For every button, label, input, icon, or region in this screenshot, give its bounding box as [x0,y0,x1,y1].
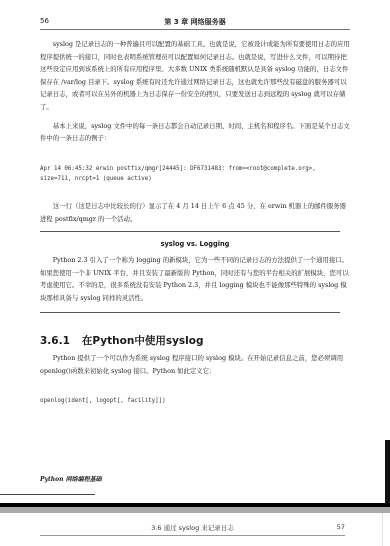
sidebar-top-rule [40,231,340,232]
sidebar-bottom-rule [40,312,340,313]
section-running-title: 3.6 通过 syslog 来记录日志 [40,523,345,532]
sidebar-text: Python 2.3 引入了一个称为 logging 的新模块，它为一些不同的记… [40,254,350,304]
header-rule-57 [40,535,345,536]
log-explanation: 这一行（这是日志中比较长的行）显示了在 4 月 14 日上午 6 点 45 分，… [40,200,350,225]
section-heading: 3.6.1在Python中使用syslog [40,333,204,348]
section-number: 3.6.1 [40,335,70,347]
section-title: 在Python中使用syslog [82,335,204,347]
chapter-title: 第 3 章 网络服务器 [40,17,350,27]
header-rule [40,29,350,30]
paragraph-2: 基本上来说，syslog 文件中的每一条日志都会自动记录日期、时间、主机名和程序… [40,120,350,145]
paragraph-4: Python 提供了一个可以作为系统 syslog 程序接口的 syslog 模… [40,352,350,377]
log-line-1: Apr 14 06:45:32 erwin postfix/qmgr[24445… [40,164,360,174]
footer-rule [0,494,95,495]
sidebar-title: syslog vs. Logging [40,240,350,248]
log-line-2: size=711, nrcpt=1 (queue active) [40,174,360,184]
book-title-footer: Python 网络编程基础 [40,474,102,483]
paragraph-1: syslog 是记录日志的一种普遍且可以配置的基础工具。也就是说，它被设计成能为… [40,38,350,114]
openlog-signature: openlog(ident[, logopt[, facility]]) [40,396,360,406]
paragraph-3: 这一行（这是日志中比较长的行）显示了在 4 月 14 日上午 6 点 45 分，… [40,200,350,225]
page-57: 3.6 通过 syslog 来记录日志 57 [0,513,390,546]
scroll-edge [382,513,383,546]
page-number-57: 57 [337,523,345,531]
page-56: 56 第 3 章 网络服务器 syslog 是记录日志的一种普遍且可以配置的基础… [0,0,390,503]
log-example: Apr 14 06:45:32 erwin postfix/qmgr[24445… [40,164,360,184]
running-header: 56 第 3 章 网络服务器 [40,17,350,29]
sidebar-body: Python 2.3 引入了一个称为 logging 的新模块，它为一些不同的记… [40,254,350,304]
intro-text: syslog 是记录日志的一种普遍且可以配置的基础工具。也就是说，它被设计成能为… [40,38,350,145]
section-text: Python 提供了一个可以作为系统 syslog 程序接口的 syslog 模… [40,352,350,377]
page-edge [385,440,390,503]
